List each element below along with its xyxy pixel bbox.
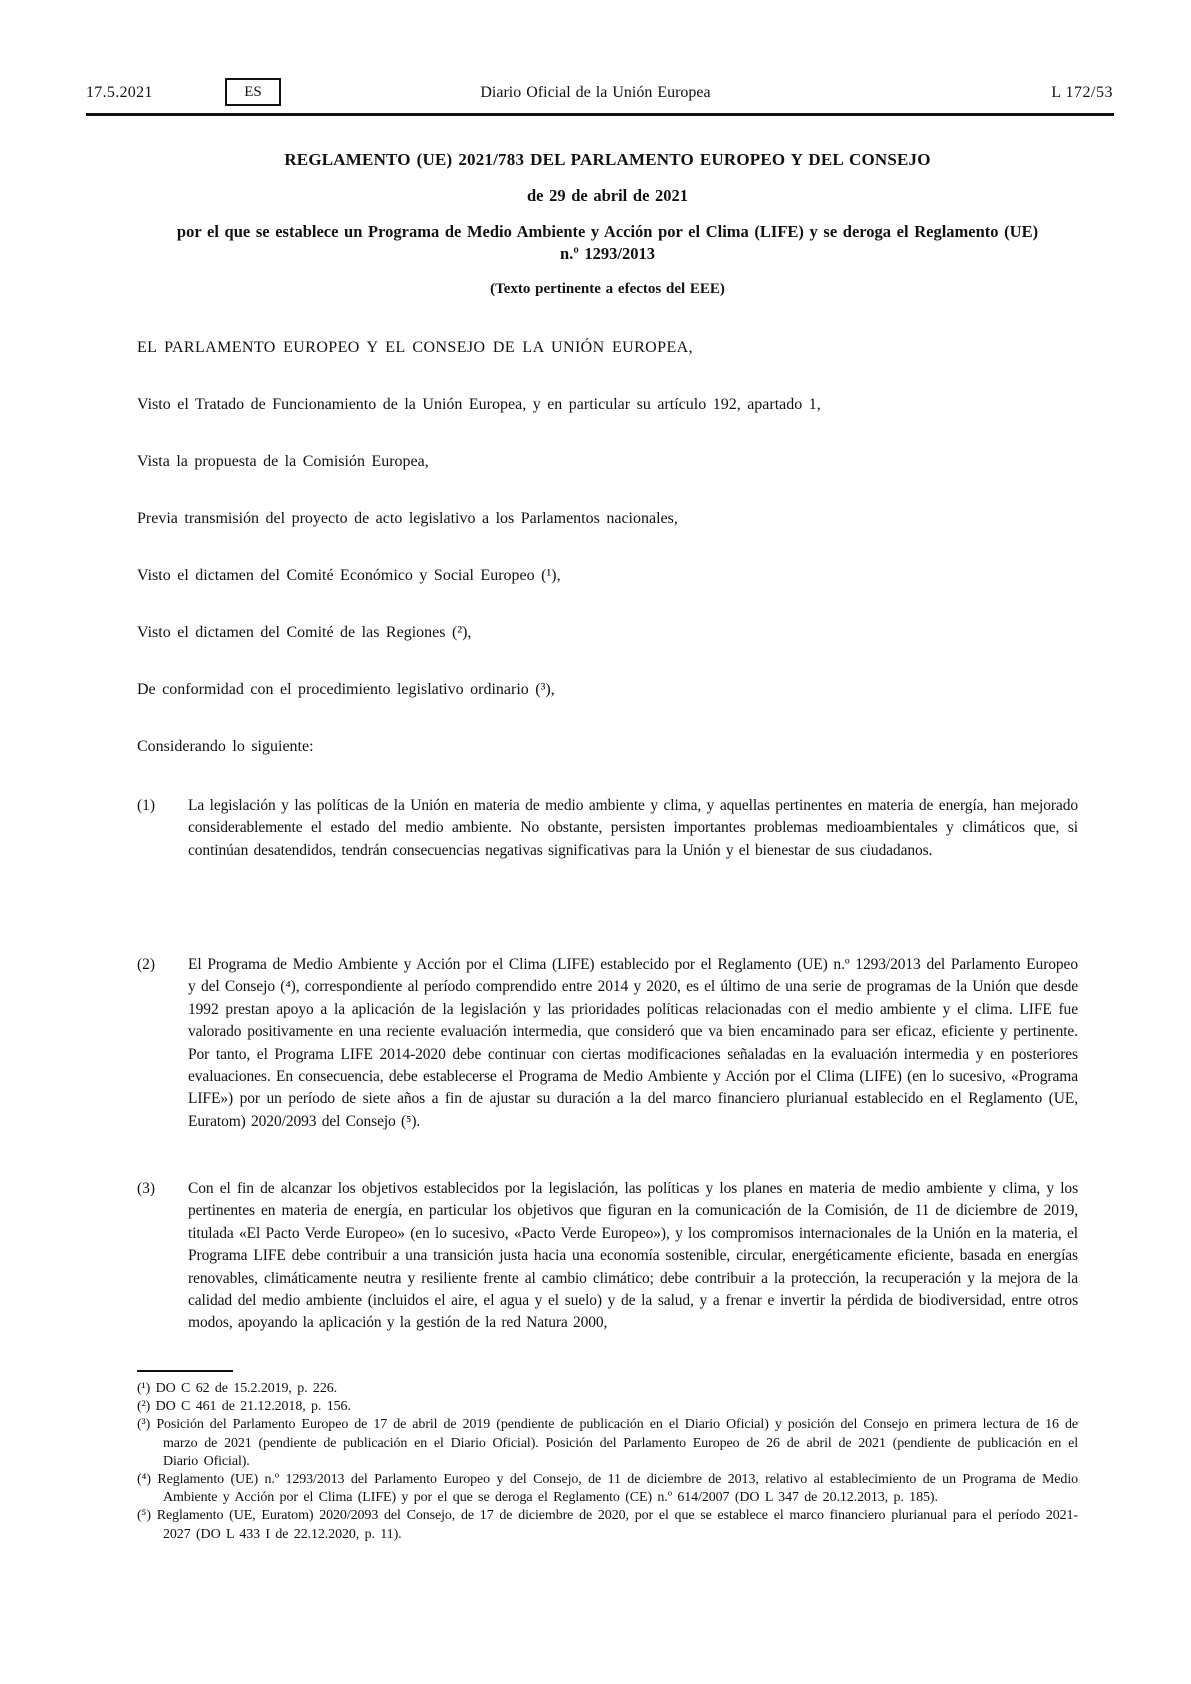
recital: (1) La legislación y las políticas de la… bbox=[137, 795, 1078, 862]
footnotes-section: (¹) DO C 62 de 15.2.2019, p. 226. (²) DO… bbox=[137, 1370, 1078, 1544]
footnote: (²) DO C 461 de 21.12.2018, p. 156. bbox=[137, 1398, 1078, 1416]
enacting-formula: EL PARLAMENTO EUROPEO Y EL CONSEJO DE LA… bbox=[137, 337, 1078, 359]
citation-eesc-opinion: Visto el dictamen del Comité Económico y… bbox=[137, 565, 1078, 587]
issue-page-number: L 172/53 bbox=[1051, 84, 1113, 102]
language-code: ES bbox=[244, 84, 262, 101]
regulation-subject: por el que se establece un Programa de M… bbox=[168, 221, 1048, 265]
citation-proposal: Vista la propuesta de la Comisión Europe… bbox=[137, 451, 1078, 473]
language-badge: ES bbox=[225, 78, 281, 106]
footnote-separator bbox=[137, 1370, 233, 1372]
footnote: (⁵) Reglamento (UE, Euratom) 2020/2093 d… bbox=[137, 1507, 1078, 1543]
recital-text: El Programa de Medio Ambiente y Acción p… bbox=[188, 954, 1078, 1133]
preamble: EL PARLAMENTO EUROPEO Y EL CONSEJO DE LA… bbox=[137, 337, 1078, 793]
recital-number: (3) bbox=[137, 1178, 188, 1335]
regulation-title: REGLAMENTO (UE) 2021/783 DEL PARLAMENTO … bbox=[137, 150, 1078, 170]
footnote: (³) Posición del Parlamento Europeo de 1… bbox=[137, 1416, 1078, 1471]
footnote-text: DO C 62 de 15.2.2019, p. 226. bbox=[156, 1381, 337, 1396]
recital-text: Con el fin de alcanzar los objetivos est… bbox=[188, 1178, 1078, 1335]
footnote-marker: (¹) bbox=[137, 1381, 150, 1396]
footnote-text: Reglamento (UE) n.º 1293/2013 del Parlam… bbox=[157, 1472, 1078, 1505]
citation-procedure: De conformidad con el procedimiento legi… bbox=[137, 679, 1078, 701]
footnote: (¹) DO C 62 de 15.2.2019, p. 226. bbox=[137, 1380, 1078, 1398]
citation-transmission: Previa transmisión del proyecto de acto … bbox=[137, 508, 1078, 530]
page-header: 17.5.2021 Diario Oficial de la Unión Eur… bbox=[0, 80, 1191, 112]
footnote-text: DO C 461 de 21.12.2018, p. 156. bbox=[156, 1399, 351, 1414]
oj-document-page: 17.5.2021 Diario Oficial de la Unión Eur… bbox=[0, 0, 1191, 1684]
footnote-marker: (²) bbox=[137, 1399, 150, 1414]
footnote-marker: (⁵) bbox=[137, 1508, 151, 1523]
regulation-date: de 29 de abril de 2021 bbox=[137, 186, 1078, 206]
recital-number: (2) bbox=[137, 954, 188, 1133]
footnote: (⁴) Reglamento (UE) n.º 1293/2013 del Pa… bbox=[137, 1471, 1078, 1507]
recitals-intro: Considerando lo siguiente: bbox=[137, 736, 1078, 758]
footnote-marker: (⁴) bbox=[137, 1472, 151, 1487]
recital: (3) Con el fin de alcanzar los objetivos… bbox=[137, 1178, 1078, 1335]
journal-title: Diario Oficial de la Unión Europea bbox=[0, 84, 1191, 102]
footnote-text: Reglamento (UE, Euratom) 2020/2093 del C… bbox=[157, 1508, 1078, 1541]
title-block: REGLAMENTO (UE) 2021/783 DEL PARLAMENTO … bbox=[137, 150, 1078, 298]
header-rule bbox=[86, 113, 1114, 116]
footnote-marker: (³) bbox=[137, 1417, 150, 1432]
citation-treaty: Visto el Tratado de Funcionamiento de la… bbox=[137, 394, 1078, 416]
recital-number: (1) bbox=[137, 795, 188, 862]
footnote-text: Posición del Parlamento Europeo de 17 de… bbox=[156, 1417, 1078, 1468]
recital: (2) El Programa de Medio Ambiente y Acci… bbox=[137, 954, 1078, 1133]
eea-relevance-note: (Texto pertinente a efectos del EEE) bbox=[137, 281, 1078, 298]
citation-cor-opinion: Visto el dictamen del Comité de las Regi… bbox=[137, 622, 1078, 644]
recital-text: La legislación y las políticas de la Uni… bbox=[188, 795, 1078, 862]
